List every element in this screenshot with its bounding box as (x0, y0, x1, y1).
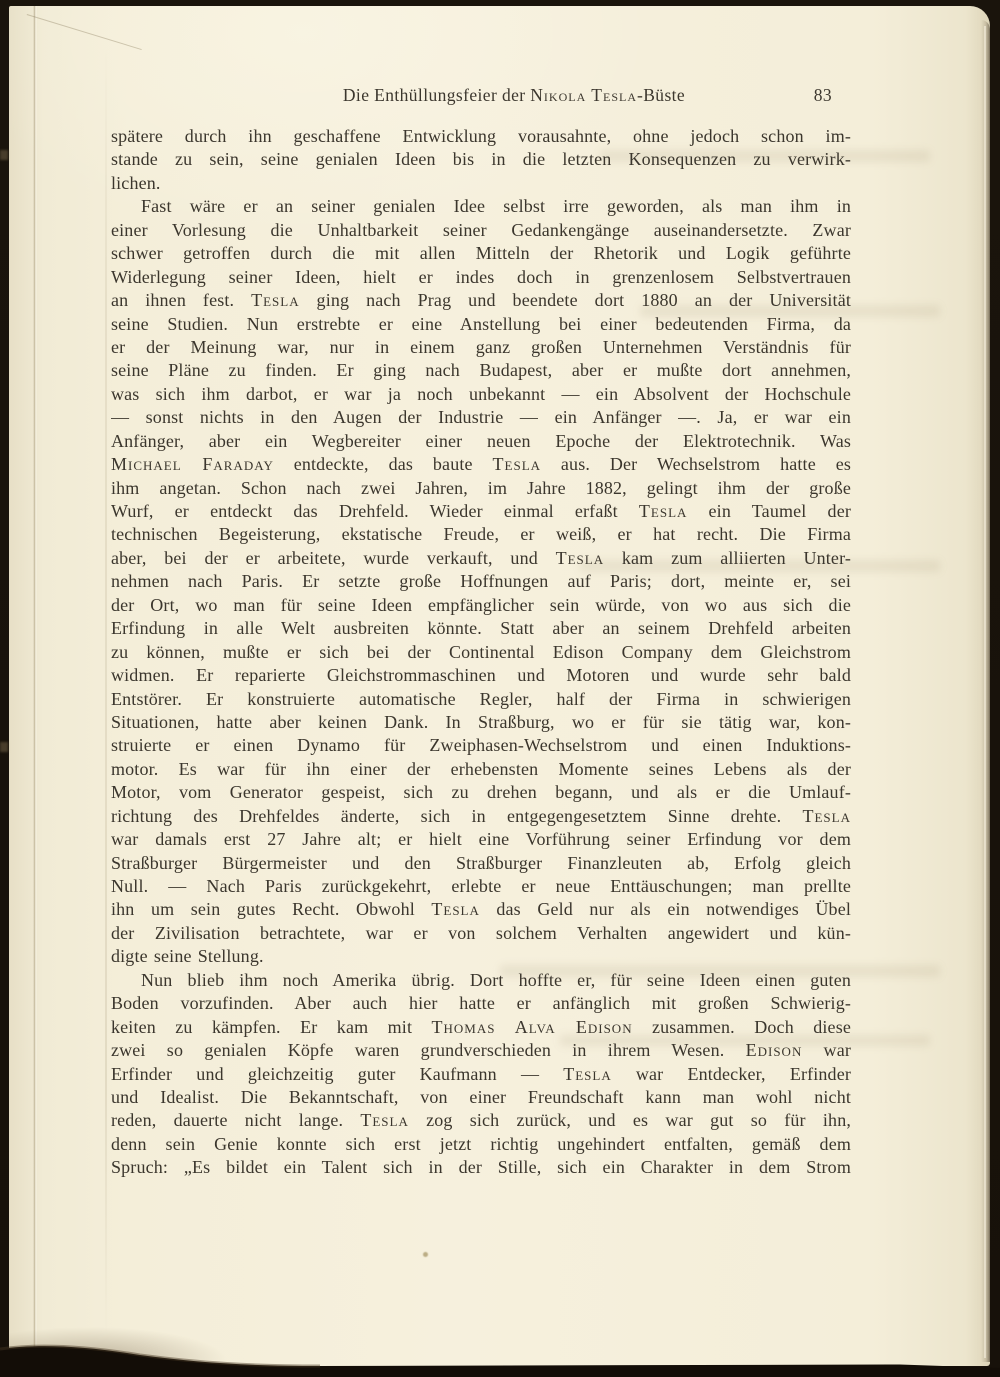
text-line: zu können, mußte er sich bei der Contine… (111, 641, 851, 664)
small-caps-name: Tesla (360, 1110, 409, 1130)
small-caps-name: Tesla (556, 548, 605, 568)
text-line: keiten zu kämpfen. Er kam mit Thomas Alv… (111, 1016, 851, 1039)
text-line: der Zivilisation betrachtete, war er von… (111, 922, 851, 945)
text-line: ihm angetan. Schon nach zwei Jahren, im … (111, 477, 851, 500)
small-caps-name: Tesla (803, 806, 852, 826)
ink-speck (423, 1252, 428, 1257)
text-line: war damals erst 27 Jahre alt; er hielt e… (111, 828, 851, 851)
page-text: spätere durch ihn geschaffene Entwicklun… (111, 125, 851, 1180)
scan-edge-notch (0, 150, 8, 160)
text-line: zwei so genialen Köpfe waren grundversch… (111, 1039, 851, 1062)
text-line: Widerlegung seiner Ideen, hielt er indes… (111, 266, 851, 289)
text-line: er der Meinung war, nur in einem ganz gr… (111, 336, 851, 359)
text-line: richtung des Drehfeldes änderte, sich in… (111, 805, 851, 828)
running-header-title: Die Enthüllungsfeier der Nikola Tesla-Bü… (144, 85, 884, 106)
text-line: reden, dauerte nicht lange. Tesla zog si… (111, 1109, 851, 1132)
text-line: seine Studien. Nun erstrebte er eine Ans… (111, 313, 851, 336)
text-line: Null. — Nach Paris zurückgekehrt, erlebt… (111, 875, 851, 898)
text-line: Erfinder und gleichzeitig guter Kaufmann… (111, 1063, 851, 1086)
bottom-page-curl (0, 1292, 1000, 1377)
text-line: und Idealist. Die Bekanntschaft, von ein… (111, 1086, 851, 1109)
text-line: struierte er einen Dynamo für Zweiphasen… (111, 734, 851, 757)
page-edge-highlight (984, 26, 986, 1358)
text-line: Entstörer. Er konstruierte automatische … (111, 688, 851, 711)
text-line: — sonst nichts in den Augen der Industri… (111, 406, 851, 429)
small-caps-name: Nikola Tesla (530, 85, 637, 105)
text-line: Erfindung in alle Welt ausbreiten könnte… (111, 617, 851, 640)
margin-crease (105, 46, 107, 1336)
small-caps-name: Tesla (563, 1064, 612, 1084)
text-line: spätere durch ihn geschaffene Entwicklun… (111, 125, 851, 148)
text-line: digte seine Stellung. (111, 945, 851, 968)
text-line: was sich ihm darbot, er war ja noch unbe… (111, 383, 851, 406)
text-line: Spruch: „Es bildet ein Talent sich in de… (111, 1156, 851, 1179)
text-line: ihn um sein gutes Recht. Obwohl Tesla da… (111, 898, 851, 921)
text-line: aber, bei der er arbeitete, wurde verkau… (111, 547, 851, 570)
text-line: denn sein Genie konnte sich erst jetzt r… (111, 1133, 851, 1156)
text-line: Motor, vom Generator gespeist, sich zu d… (111, 781, 851, 804)
small-caps-name: Edison (746, 1040, 803, 1060)
text-line: widmen. Er reparierte Gleichstrommaschin… (111, 664, 851, 687)
text-line: Anfänger, aber ein Wegbereiter einer neu… (111, 430, 851, 453)
small-caps-name: Tesla (431, 899, 480, 919)
binding-crease (33, 6, 37, 1366)
small-caps-name: Michael Faraday (111, 454, 274, 474)
text-line: lichen. (111, 172, 851, 195)
small-caps-name: Tesla (493, 454, 542, 474)
text-line: Nun blieb ihm noch Amerika übrig. Dort h… (111, 969, 851, 992)
text-line: Situationen, hatte aber keinen Dank. In … (111, 711, 851, 734)
text-line: technischen Begeisterung, ekstatische Fr… (111, 523, 851, 546)
text-line: motor. Es war für ihn einer der erhebens… (111, 758, 851, 781)
running-header: Die Enthüllungsfeier der Nikola Tesla-Bü… (114, 85, 854, 109)
text-line: Michael Faraday entdeckte, das baute Tes… (111, 453, 851, 476)
text-line: Boden vorzufinden. Aber auch hier hatte … (111, 992, 851, 1015)
small-caps-name: Tesla (639, 501, 688, 521)
small-caps-name: Thomas Alva Edison (432, 1017, 633, 1037)
text-line: Straßburger Bürgermeister und den Straßb… (111, 852, 851, 875)
text-line: nehmen nach Paris. Er setzte große Hoffn… (111, 570, 851, 593)
corner-crease (27, 14, 142, 50)
text-line: Wurf, er entdeckt das Drehfeld. Wieder e… (111, 500, 851, 523)
small-caps-name: Tesla (251, 290, 300, 310)
page-number: 83 (814, 85, 832, 106)
text-line: einer Vorlesung die Unhaltbarkeit seiner… (111, 219, 851, 242)
text-line: der Ort, wo man für seine Ideen empfängl… (111, 594, 851, 617)
text-line: seine Pläne zu finden. Er ging nach Buda… (111, 359, 851, 382)
scan-edge-notch (0, 742, 8, 752)
scanned-book-page: Die Enthüllungsfeier der Nikola Tesla-Bü… (0, 0, 1000, 1377)
text-line: Fast wäre er an seiner genialen Idee sel… (111, 195, 851, 218)
text-line: schwer getroffen durch die mit allen Mit… (111, 242, 851, 265)
text-line: an ihnen fest. Tesla ging nach Prag und … (111, 289, 851, 312)
text-line: stande zu sein, seine genialen Ideen bis… (111, 148, 851, 171)
